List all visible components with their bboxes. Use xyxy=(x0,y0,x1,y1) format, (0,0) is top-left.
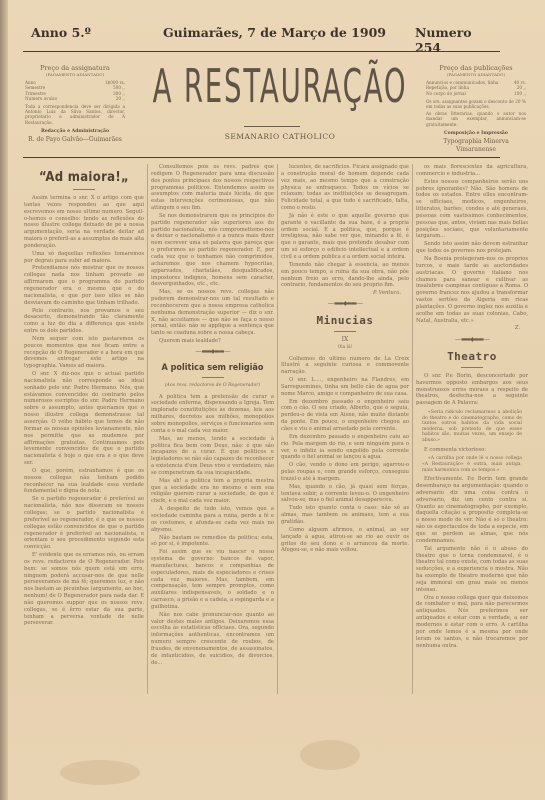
publications-note-2: As obras litterarias, quando o autor nos… xyxy=(426,111,526,127)
article-paragraph: Em dezembro passado o engenheiro caiu ao… xyxy=(281,434,409,461)
article-paragraph: Consultemos pois os revs. padres que red… xyxy=(151,164,274,212)
heading-divider xyxy=(73,189,95,190)
column-divider xyxy=(277,164,278,694)
article-paragraph: Foi assim que se viu nascer o nosso syst… xyxy=(151,549,274,611)
heading-divider xyxy=(202,377,224,378)
section-ornament: — ▬▬◆▬▬ — xyxy=(416,337,528,344)
article-dedication: (Aos revs. redactores de O Regenerador) xyxy=(151,383,274,390)
article-heading-ad-maiora: “Ad maiora!„ xyxy=(24,170,144,186)
article-paragraph: O snr. X diz-nos que o actual partido na… xyxy=(24,371,144,467)
article-paragraph: Uma só daquellas reflexões tomaremos por… xyxy=(24,251,144,265)
column-3: lucentes, de sacrificios. Ficará assigna… xyxy=(281,164,409,694)
masthead-title: A RESTAURAÇÃO xyxy=(150,60,410,115)
article-paragraph: Colhemos do ultimo numero de La Croix Il… xyxy=(281,356,409,377)
article-heading-politica: A politica sem religião xyxy=(151,362,274,374)
article-paragraph: Mas ah! a politica tem a propria mestra … xyxy=(151,478,274,505)
paper-stain xyxy=(300,740,360,770)
masthead-bottom-rule xyxy=(23,157,500,158)
subscription-box: Preço da assignatura (PAGAMENTO ADIANTAD… xyxy=(25,64,125,144)
section-number: IX xyxy=(281,337,409,344)
article-paragraph: O snr. L...., engenheiro na Flandres, em… xyxy=(281,377,409,398)
article-paragraph: O que, porém, estranhamos é que os nosso… xyxy=(24,468,144,495)
article-paragraph: Tenendo não chegar à essencia, ao menos … xyxy=(281,262,409,289)
column-5-top: os mais florescentes da agricultura, com… xyxy=(416,164,528,329)
block-quote: «A cartilha por onde lê o nosso collega … xyxy=(422,456,522,473)
office-label: Redacção e Administração xyxy=(25,129,125,134)
subscription-row: Numero avulso20 ,, xyxy=(25,96,125,101)
article-paragraph: Mas, quando o cão, já quasi sem forças, … xyxy=(281,484,409,505)
article-paragraph: Pretendiamos nós mostrar que os nossos c… xyxy=(24,265,144,306)
paper-stain xyxy=(60,760,140,785)
section-heading-minucias: Minucias xyxy=(281,314,409,328)
column-divider xyxy=(147,164,148,694)
article-paragraph: Tudo isto quanto conta o caso: não só as… xyxy=(281,505,409,526)
article-paragraph: Como alguem afirmou, o animal, ao ser la… xyxy=(281,527,409,554)
heading-divider xyxy=(334,331,356,332)
publications-subheading: (PAGAMENTO ADIANTADO) xyxy=(426,72,526,77)
column-divider xyxy=(412,164,413,694)
column-5-theatro: — ▬▬◆▬▬ — Theatro O snr. P.e Borin, desc… xyxy=(416,333,528,695)
article-paragraph: Estes nossos companheiros serão uns pobr… xyxy=(416,179,528,241)
article-paragraph: Mas, se os nossos revs. collegas não pud… xyxy=(151,289,274,337)
article-paragraph: Já não é este o que aquelle governo que … xyxy=(281,213,409,261)
subscription-note: Toda a correspondencia deve ser dirigida… xyxy=(25,104,125,125)
masthead-top-rule xyxy=(23,51,500,52)
article-paragraph: Se nos demonstrarem que os principios do… xyxy=(151,213,274,288)
article-signature: Z. xyxy=(416,325,528,329)
newspaper-subtitle: SEMANARIO CATHOLICO xyxy=(150,132,410,141)
publications-box: Preço das publicações (PAGAMENTO ADIANTA… xyxy=(426,64,526,154)
article-paragraph: Se o partido regenerador é preferível ao… xyxy=(24,496,144,551)
section-heading-theatro: Theatro xyxy=(416,350,528,364)
article-paragraph: Mas, ao menos, tendo a sociedade à polit… xyxy=(151,436,274,477)
article-paragraph: Não nos cabe pronunciar-nos quanto ao va… xyxy=(151,612,274,667)
article-paragraph: Sendo isto assim não devem estranhar que… xyxy=(416,241,528,255)
section-ornament: — ▬▬◆▬▬ — xyxy=(281,301,409,308)
article-paragraph: Pelo contrario, nos provamos o seu desac… xyxy=(24,308,144,335)
article-paragraph: os mais florescentes da agricultura, com… xyxy=(416,164,528,178)
article-paragraph: E' evidente que os erramos nós, ou erram… xyxy=(24,552,144,627)
article-paragraph: Assim termina o snr. X o artigo com que … xyxy=(24,195,144,250)
block-quote: «Seria ridiculo reclamarmos a abolição d… xyxy=(422,410,522,444)
page-binding-edge xyxy=(0,0,8,800)
article-paragraph: E commenta victorioso: xyxy=(416,447,528,454)
newspaper-page: Anno 5.º Guimarães, 7 de Março de 1909 N… xyxy=(0,0,545,800)
press-label: Composição e Impressão xyxy=(426,131,526,136)
article-paragraph: Querem mais lealdade? xyxy=(151,338,274,345)
publications-note-1: Os srs. assignantes gozam o desconto de … xyxy=(426,99,526,109)
section-ornament: — ▬▬◆▬▬ — xyxy=(151,349,274,356)
subscription-subheading: (PAGAMENTO ADIANTADO) xyxy=(25,72,125,77)
article-paragraph: Efectivamente. P.e Borin tem grande dese… xyxy=(416,476,528,544)
publications-row: No corpo do jornal100 ,, xyxy=(426,91,526,96)
article-paragraph: Nem sequer com isto gastaremos os poucos… xyxy=(24,336,144,370)
place-date: Guimarães, 7 de Março de 1909 xyxy=(163,25,386,40)
column-1: “Ad maiora!„ Assim termina o snr. X o ar… xyxy=(24,164,144,696)
newspaper-title: A RESTAURAÇÃO xyxy=(153,60,408,112)
article-paragraph: O cão, vendo o dono em perigo, agarrou-o… xyxy=(281,462,409,483)
press-name: Typographia Minerva Vimaranense xyxy=(426,138,526,154)
article-paragraph: A politica tem a pretensão de curar a so… xyxy=(151,394,274,435)
article-paragraph: O snr. P.e Borin, desconcertado por have… xyxy=(416,373,528,407)
subscription-heading: Preço da assignatura xyxy=(25,64,125,72)
article-paragraph: A despeito de tudo isto, vemos que a soc… xyxy=(151,506,274,533)
article-paragraph: Ora o nosso collega quer que deixemos de… xyxy=(416,595,528,650)
article-paragraph: Tal argumento não é o abuso do theatro q… xyxy=(416,546,528,594)
article-paragraph: Em dezembro passado o engenheiro saiu co… xyxy=(281,399,409,433)
article-paragraph: Não bastam os remedios da politica; esta… xyxy=(151,535,274,549)
article-paragraph: Na Bosnia protegeram-nos os proprios tur… xyxy=(416,256,528,324)
article-paragraph: lucentes, de sacrificios. Ficará assigna… xyxy=(281,164,409,212)
year-label: Anno 5.º xyxy=(31,25,91,40)
article-signature: P. Ventura. xyxy=(281,290,409,297)
title-divider xyxy=(244,126,300,127)
column-2: Consultemos pois os revs. padres que red… xyxy=(151,164,274,694)
section-subtitle: Ola lá! xyxy=(281,345,409,352)
publications-heading: Preço das publicações xyxy=(426,64,526,72)
office-address: R. de Payo Galvão—Guimarães xyxy=(25,136,125,144)
heading-divider xyxy=(461,367,483,368)
